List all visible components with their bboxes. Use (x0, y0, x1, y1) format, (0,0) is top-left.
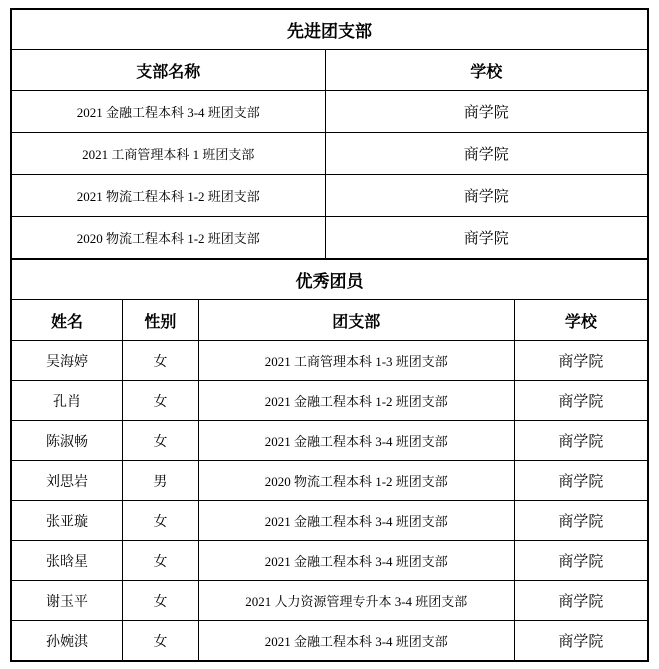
table1-title: 先进团支部 (11, 9, 648, 50)
table-row: 2021 金融工程本科 3-4 班团支部 商学院 (11, 91, 648, 133)
table2-header-branch: 团支部 (198, 300, 514, 341)
advanced-branches-table: 先进团支部 支部名称 学校 2021 金融工程本科 3-4 班团支部 商学院 2… (10, 8, 649, 260)
gender-cell: 女 (122, 501, 198, 541)
table-row: 孔肖 女 2021 金融工程本科 1-2 班团支部 商学院 (11, 381, 648, 421)
school-cell: 商学院 (514, 581, 648, 621)
school-cell: 商学院 (514, 621, 648, 662)
branch-cell: 2021 金融工程本科 3-4 班团支部 (11, 91, 325, 133)
gender-cell: 男 (122, 461, 198, 501)
table-row: 2021 工商管理本科 1 班团支部 商学院 (11, 133, 648, 175)
outstanding-members-table: 优秀团员 姓名 性别 团支部 学校 吴海婷 女 2021 工商管理本科 1-3 … (10, 258, 649, 662)
school-cell: 商学院 (325, 133, 648, 175)
gender-cell: 女 (122, 581, 198, 621)
table1-title-row: 先进团支部 (11, 9, 648, 50)
name-cell: 孔肖 (11, 381, 122, 421)
table1-header-school: 学校 (325, 50, 648, 91)
gender-cell: 女 (122, 341, 198, 381)
table-row: 吴海婷 女 2021 工商管理本科 1-3 班团支部 商学院 (11, 341, 648, 381)
branch-cell: 2021 工商管理本科 1 班团支部 (11, 133, 325, 175)
school-cell: 商学院 (325, 91, 648, 133)
table-row: 谢玉平 女 2021 人力资源管理专升本 3-4 班团支部 商学院 (11, 581, 648, 621)
branch-cell: 2021 金融工程本科 3-4 班团支部 (198, 421, 514, 461)
school-cell: 商学院 (514, 541, 648, 581)
table-row: 张晗星 女 2021 金融工程本科 3-4 班团支部 商学院 (11, 541, 648, 581)
table-row: 2020 物流工程本科 1-2 班团支部 商学院 (11, 217, 648, 260)
school-cell: 商学院 (325, 217, 648, 260)
name-cell: 吴海婷 (11, 341, 122, 381)
branch-cell: 2021 金融工程本科 3-4 班团支部 (198, 541, 514, 581)
table-row: 张亚璇 女 2021 金融工程本科 3-4 班团支部 商学院 (11, 501, 648, 541)
table2-title-row: 优秀团员 (11, 259, 648, 300)
name-cell: 刘思岩 (11, 461, 122, 501)
name-cell: 张晗星 (11, 541, 122, 581)
table-row: 刘思岩 男 2020 物流工程本科 1-2 班团支部 商学院 (11, 461, 648, 501)
gender-cell: 女 (122, 621, 198, 662)
branch-cell: 2020 物流工程本科 1-2 班团支部 (11, 217, 325, 260)
table-row: 2021 物流工程本科 1-2 班团支部 商学院 (11, 175, 648, 217)
school-cell: 商学院 (514, 421, 648, 461)
table-row: 孙婉淇 女 2021 金融工程本科 3-4 班团支部 商学院 (11, 621, 648, 662)
table2-header-school: 学校 (514, 300, 648, 341)
name-cell: 谢玉平 (11, 581, 122, 621)
school-cell: 商学院 (514, 381, 648, 421)
branch-cell: 2021 金融工程本科 3-4 班团支部 (198, 621, 514, 662)
school-cell: 商学院 (514, 461, 648, 501)
gender-cell: 女 (122, 381, 198, 421)
branch-cell: 2020 物流工程本科 1-2 班团支部 (198, 461, 514, 501)
school-cell: 商学院 (325, 175, 648, 217)
name-cell: 陈淑畅 (11, 421, 122, 461)
school-cell: 商学院 (514, 501, 648, 541)
name-cell: 孙婉淇 (11, 621, 122, 662)
gender-cell: 女 (122, 421, 198, 461)
table-row: 陈淑畅 女 2021 金融工程本科 3-4 班团支部 商学院 (11, 421, 648, 461)
table1-header-branch-name: 支部名称 (11, 50, 325, 91)
branch-cell: 2021 工商管理本科 1-3 班团支部 (198, 341, 514, 381)
award-document: 先进团支部 支部名称 学校 2021 金融工程本科 3-4 班团支部 商学院 2… (10, 8, 649, 662)
table2-header-gender: 性别 (122, 300, 198, 341)
school-cell: 商学院 (514, 341, 648, 381)
name-cell: 张亚璇 (11, 501, 122, 541)
branch-cell: 2021 金融工程本科 3-4 班团支部 (198, 501, 514, 541)
branch-cell: 2021 人力资源管理专升本 3-4 班团支部 (198, 581, 514, 621)
branch-cell: 2021 金融工程本科 1-2 班团支部 (198, 381, 514, 421)
branch-cell: 2021 物流工程本科 1-2 班团支部 (11, 175, 325, 217)
table2-title: 优秀团员 (11, 259, 648, 300)
table2-header-name: 姓名 (11, 300, 122, 341)
table1-header-row: 支部名称 学校 (11, 50, 648, 91)
table2-header-row: 姓名 性别 团支部 学校 (11, 300, 648, 341)
gender-cell: 女 (122, 541, 198, 581)
